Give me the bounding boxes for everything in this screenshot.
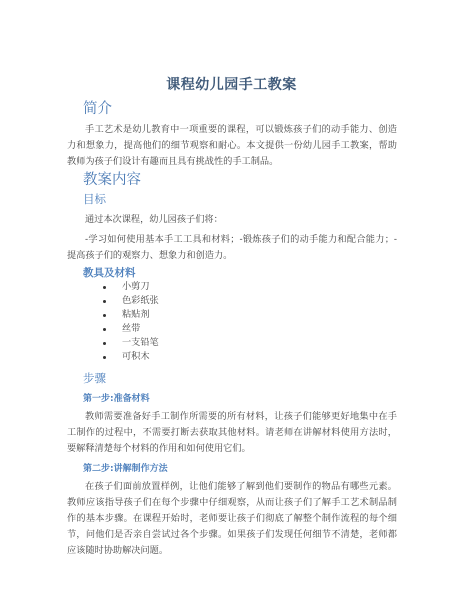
heading-materials: 教具及材料 (83, 265, 136, 280)
heading-intro: 简介 (83, 97, 112, 118)
list-item: 可积木 (100, 350, 159, 364)
list-item: 小剪刀 (100, 280, 159, 294)
heading-goals: 目标 (83, 191, 106, 207)
intro-paragraph: 手工艺术是幼儿教育中一项重要的课程，可以锻炼孩子们的动手能力、创造力和想象力，提… (67, 122, 397, 170)
bullet-icon (103, 342, 106, 345)
list-item-label: 一支铅笔 (122, 337, 159, 348)
bullet-icon (103, 300, 106, 303)
bullet-icon (103, 286, 106, 289)
list-item-label: 粘贴剂 (122, 309, 150, 320)
list-item-label: 丝带 (122, 323, 140, 334)
goals-lead-text: 通过本次课程，幼儿园孩子们将： (85, 211, 223, 225)
document-page: 课程幼儿园手工教案 简介 手工艺术是幼儿教育中一项重要的课程，可以锻炼孩子们的动… (0, 0, 463, 600)
heading-steps: 步骤 (83, 370, 106, 386)
list-item-label: 色彩纸张 (122, 295, 159, 306)
goals-paragraph: -学习如何使用基本手工工具和材料；-锻炼孩子们的动手能力和配合能力；-提高孩子们… (67, 232, 397, 264)
step-1-paragraph: 教师需要准备好手工制作所需要的所有材料，让孩子们能够更好地集中在手工制作的过程中… (67, 409, 397, 457)
step-2-paragraph: 在孩子们面前放置样例，让他们能够了解到他们要制作的物品有哪些元素。教师应该指导孩… (67, 479, 397, 559)
list-item: 色彩纸张 (100, 294, 159, 308)
list-item-label: 小剪刀 (122, 281, 150, 292)
document-title: 课程幼儿园手工教案 (0, 74, 463, 94)
list-item: 一支铅笔 (100, 336, 159, 350)
bullet-icon (103, 356, 106, 359)
heading-step-1: 第一步:准备材料 (83, 391, 150, 404)
list-item: 丝带 (100, 322, 159, 336)
heading-lesson-content: 教案内容 (83, 168, 141, 189)
bullet-icon (103, 328, 106, 331)
bullet-icon (103, 314, 106, 317)
heading-step-2: 第二步:讲解制作方法 (83, 461, 168, 474)
list-item-label: 可积木 (122, 351, 150, 362)
list-item: 粘贴剂 (100, 308, 159, 322)
materials-list: 小剪刀 色彩纸张 粘贴剂 丝带 一支铅笔 可积木 (100, 280, 159, 364)
